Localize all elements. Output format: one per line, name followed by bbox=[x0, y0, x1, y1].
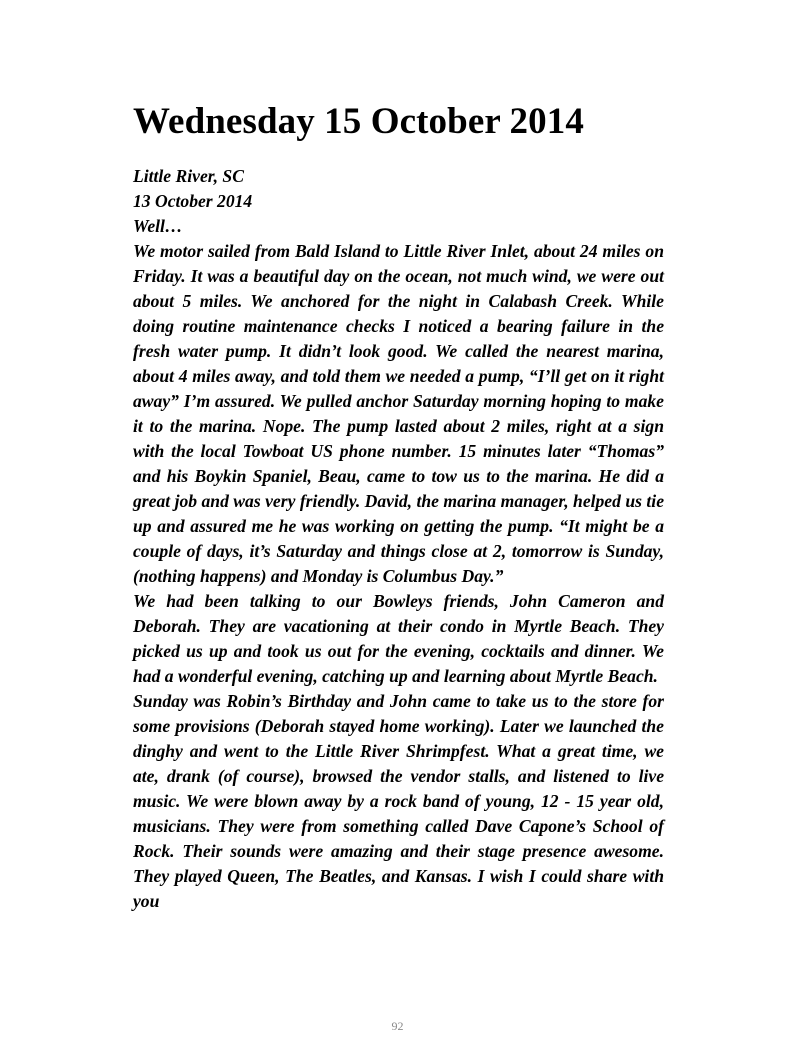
document-page: Wednesday 15 October 2014 Little River, … bbox=[0, 0, 795, 1063]
journal-entry-body: Little River, SC 13 October 2014 Well… W… bbox=[133, 164, 664, 914]
paragraph-tow-to-marina: We motor sailed from Bald Island to Litt… bbox=[133, 239, 664, 589]
page-number: 92 bbox=[0, 1019, 795, 1034]
paragraph-friends-evening: We had been talking to our Bowleys frien… bbox=[133, 589, 664, 689]
entry-date-line: 13 October 2014 bbox=[133, 189, 664, 214]
paragraph-shrimpfest: Sunday was Robin’s Birthday and John cam… bbox=[133, 689, 664, 914]
page-title: Wednesday 15 October 2014 bbox=[133, 100, 584, 144]
greeting-line: Well… bbox=[133, 214, 664, 239]
location-line: Little River, SC bbox=[133, 164, 664, 189]
